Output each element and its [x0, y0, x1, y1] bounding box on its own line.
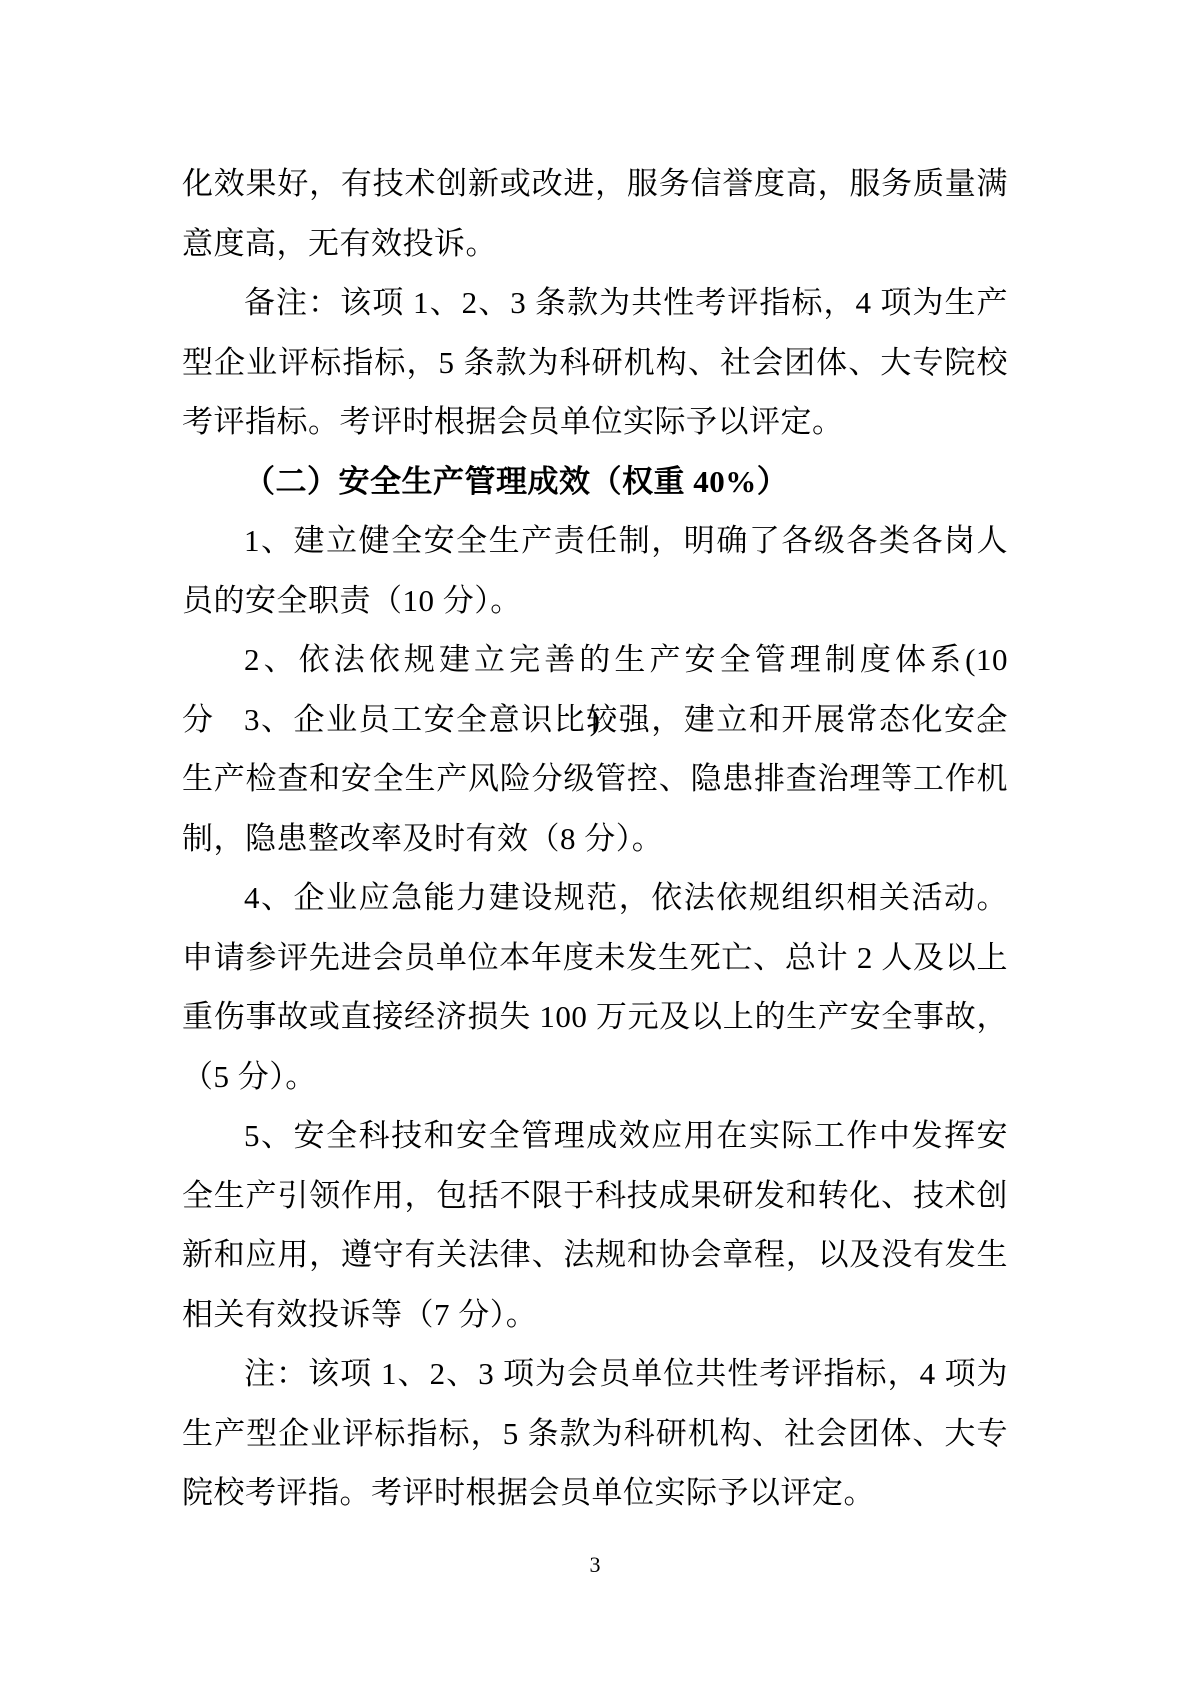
text-line: 4、企业应急能力建设规范，依法依规组织相关活动。 — [182, 868, 1008, 928]
text-line: （5 分）。 — [182, 1047, 1008, 1107]
text-line: 5、安全科技和安全管理成效应用在实际工作中发挥安 — [182, 1106, 1008, 1166]
text-line: 重伤事故或直接经济损失 100 万元及以上的生产安全事故， — [182, 987, 1008, 1047]
page-number: 3 — [0, 1550, 1190, 1580]
text-line: 3、企业员工安全意识比较强，建立和开展常态化安全 — [182, 690, 1008, 750]
text-line: 注：该项 1、2、3 项为会员单位共性考评指标，4 项为 — [182, 1344, 1008, 1404]
text-line: 1、建立健全安全生产责任制，明确了各级各类各岗人 — [182, 511, 1008, 571]
text-line: 化效果好，有技术创新或改进，服务信誉度高，服务质量满 — [182, 154, 1008, 214]
text-line: 意度高，无有效投诉。 — [182, 214, 1008, 274]
document-page: 化效果好，有技术创新或改进，服务信誉度高，服务质量满意度高，无有效投诉。备注：该… — [0, 0, 1190, 1683]
text-line: 考评指标。考评时根据会员单位实际予以评定。 — [182, 392, 1008, 452]
text-line: 型企业评标指标，5 条款为科研机构、社会团体、大专院校 — [182, 333, 1008, 393]
text-block: 化效果好，有技术创新或改进，服务信誉度高，服务质量满意度高，无有效投诉。备注：该… — [182, 154, 1008, 1523]
text-line: 生产型企业评标指标，5 条款为科研机构、社会团体、大专 — [182, 1404, 1008, 1464]
text-line: 备注：该项 1、2、3 条款为共性考评指标，4 项为生产 — [182, 273, 1008, 333]
text-line: 相关有效投诉等（7 分）。 — [182, 1285, 1008, 1345]
text-line: 新和应用，遵守有关法律、法规和协会章程，以及没有发生 — [182, 1225, 1008, 1285]
section-heading: （二）安全生产管理成效（权重 40%） — [182, 452, 1008, 512]
text-line: 制，隐患整改率及时有效（8 分）。 — [182, 809, 1008, 869]
text-line: 生产检查和安全生产风险分级管控、隐患排查治理等工作机 — [182, 749, 1008, 809]
text-line: 申请参评先进会员单位本年度未发生死亡、总计 2 人及以上 — [182, 928, 1008, 988]
text-line: 全生产引领作用，包括不限于科技成果研发和转化、技术创 — [182, 1166, 1008, 1226]
text-line: 员的安全职责（10 分）。 — [182, 571, 1008, 631]
text-line: 2、依法依规建立完善的生产安全管理制度体系(10 分)。 — [182, 630, 1008, 690]
text-line: 院校考评指。考评时根据会员单位实际予以评定。 — [182, 1463, 1008, 1523]
